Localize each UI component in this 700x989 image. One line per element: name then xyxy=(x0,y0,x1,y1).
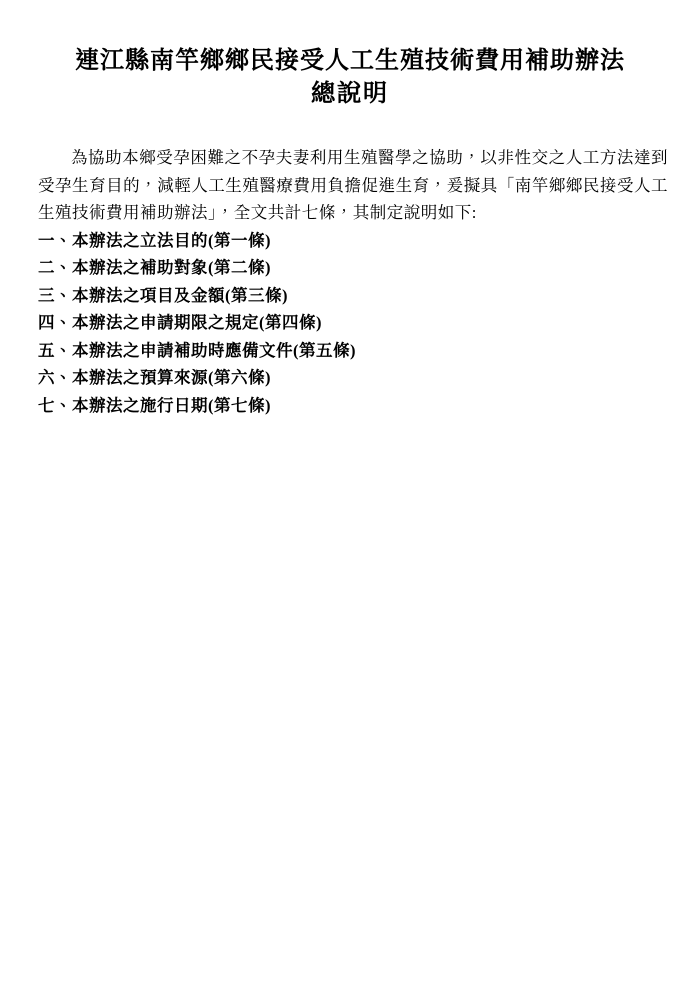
document-page: 連江縣南竿鄉鄉民接受人工生殖技術費用補助辦法 總說明 為協助本鄉受孕困難之不孕夫… xyxy=(0,0,700,989)
list-item-article-3: 三、本辦法之項目及金額(第三條) xyxy=(38,282,668,310)
list-item-article-5: 五、本辦法之申請補助時應備文件(第五條) xyxy=(38,337,668,365)
list-item-article-4: 四、本辦法之申請期限之規定(第四條) xyxy=(38,309,668,337)
list-item-article-1: 一、本辦法之立法目的(第一條) xyxy=(38,227,668,255)
list-item-article-2: 二、本辦法之補助對象(第二條) xyxy=(38,254,668,282)
document-body: 為協助本鄉受孕困難之不孕夫妻利用生殖醫學之協助，以非性交之人工方法達到受孕生育目… xyxy=(38,144,668,419)
document-title: 連江縣南竿鄉鄉民接受人工生殖技術費用補助辦法 xyxy=(0,44,700,78)
list-item-article-6: 六、本辦法之預算來源(第六條) xyxy=(38,364,668,392)
document-subtitle: 總說明 xyxy=(0,78,700,111)
article-summary-list: 一、本辦法之立法目的(第一條) 二、本辦法之補助對象(第二條) 三、本辦法之項目… xyxy=(38,227,668,420)
intro-paragraph: 為協助本鄉受孕困難之不孕夫妻利用生殖醫學之協助，以非性交之人工方法達到受孕生育目… xyxy=(38,144,668,227)
list-item-article-7: 七、本辦法之施行日期(第七條) xyxy=(38,392,668,420)
